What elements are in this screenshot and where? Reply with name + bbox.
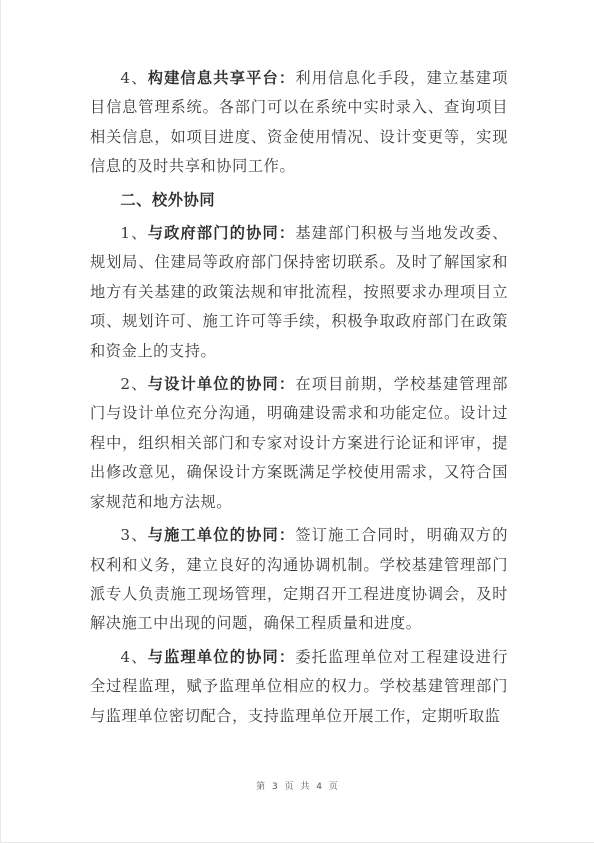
item-title: 构建信息共享平台： bbox=[148, 69, 296, 87]
item-title: 与政府部门的协同： bbox=[148, 224, 296, 242]
paragraph-supervision-unit-coordination: 4、与监理单位的协同：委托监理单位对工程建设进行全过程监理，赋予监理单位相应的权… bbox=[90, 643, 508, 731]
page-number-footer: 第 3 页 共 4 页 bbox=[1, 779, 594, 792]
paragraph-design-unit-coordination: 2、与设计单位的协同：在项目前期，学校基建管理部门与设计单位充分沟通，明确建设需… bbox=[90, 370, 508, 517]
item-number: 3、 bbox=[120, 526, 147, 544]
item-title: 与设计单位的协同： bbox=[148, 375, 296, 393]
item-number: 4、 bbox=[120, 69, 147, 87]
item-number: 2、 bbox=[120, 375, 147, 393]
item-number: 4、 bbox=[120, 648, 147, 666]
paragraph-construction-unit-coordination: 3、与施工单位的协同：签订施工合同时，明确双方的权利和义务，建立良好的沟通协调机… bbox=[90, 521, 508, 639]
item-title: 与监理单位的协同： bbox=[148, 648, 296, 666]
item-number: 1、 bbox=[120, 224, 147, 242]
item-body: 在项目前期，学校基建管理部门与设计单位充分沟通，明确建设需求和功能定位。设计过程… bbox=[90, 375, 508, 511]
page-content: 4、构建信息共享平台：利用信息化手段，建立基建项目信息管理系统。各部门可以在系统… bbox=[90, 64, 508, 735]
item-body: 基建部门积极与当地发改委、规划局、住建局等政府部门保持密切联系。及时了解国家和地… bbox=[90, 224, 508, 360]
document-page: 4、构建信息共享平台：利用信息化手段，建立基建项目信息管理系统。各部门可以在系统… bbox=[0, 0, 594, 843]
paragraph-info-sharing-platform: 4、构建信息共享平台：利用信息化手段，建立基建项目信息管理系统。各部门可以在系统… bbox=[90, 64, 508, 182]
paragraph-government-coordination: 1、与政府部门的协同：基建部门积极与当地发改委、规划局、住建局等政府部门保持密切… bbox=[90, 219, 508, 366]
section-heading-external-coordination: 二、校外协同 bbox=[90, 186, 508, 215]
item-title: 与施工单位的协同： bbox=[148, 526, 296, 544]
